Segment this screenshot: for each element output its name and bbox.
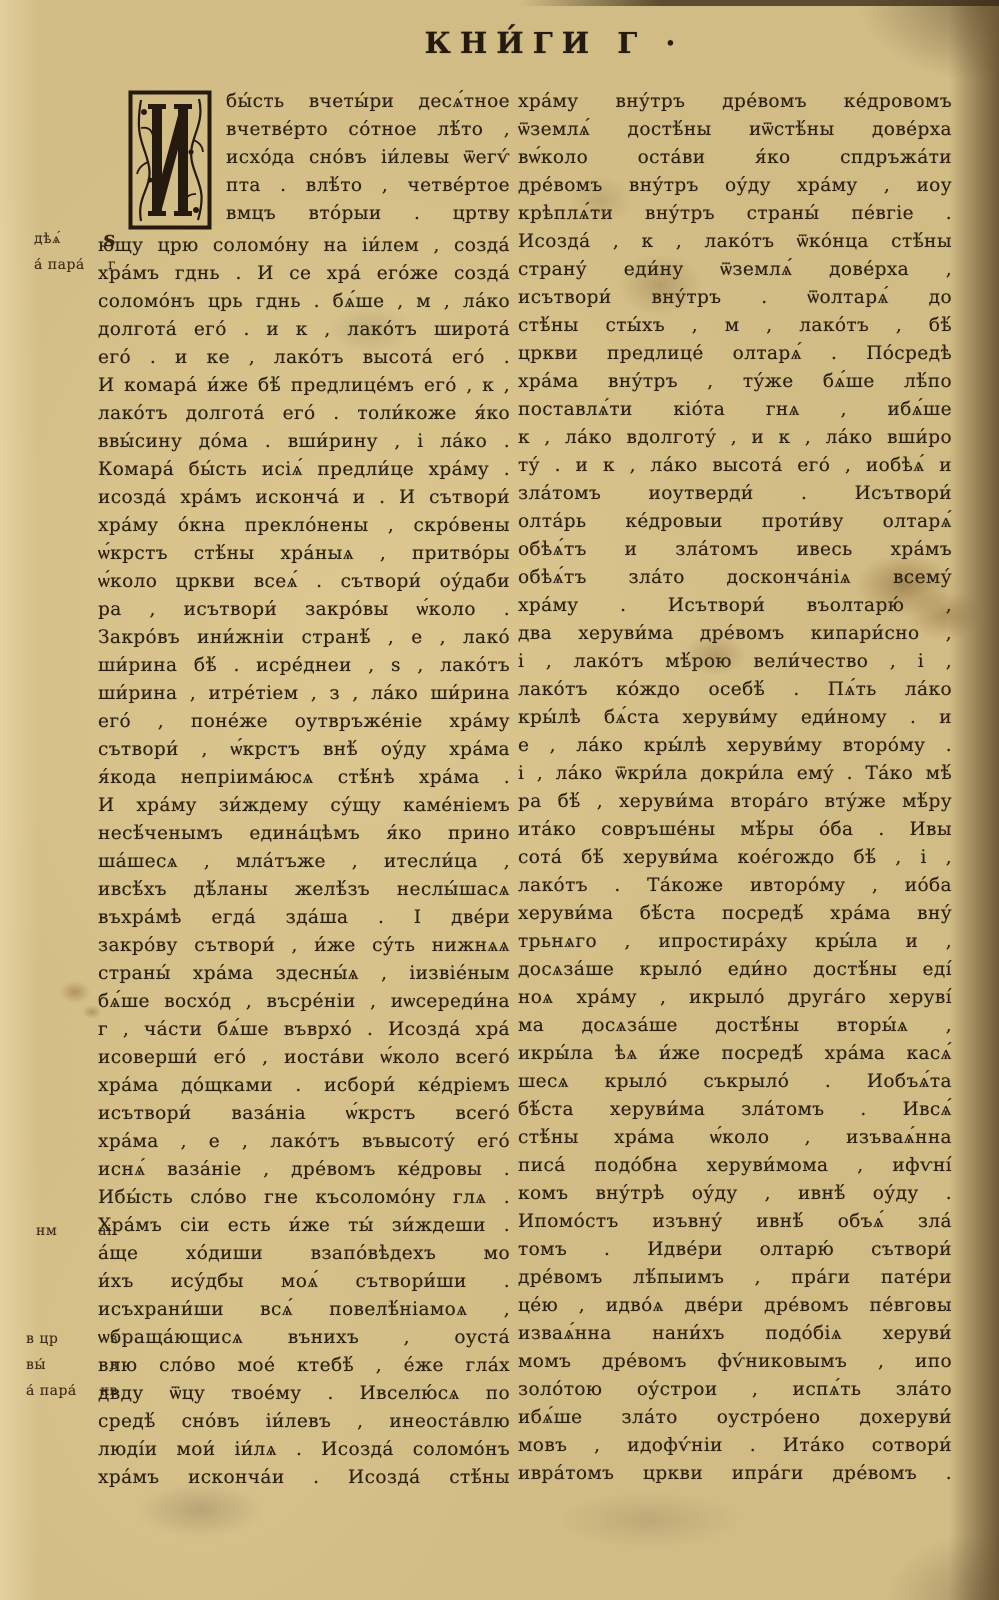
text-line: мовъ , идофѵ́ніи . Ита́ко сотвори́ bbox=[518, 1432, 952, 1460]
text-line: хра́му вну́тръ дре́вомъ ке́дровомъ bbox=[518, 88, 952, 116]
text-line: я́кода непріима́юсѧ стѣ́нѣ хра́ма . bbox=[98, 764, 510, 792]
text-line: ша́шесѧ , мла́тъже , итесли́ца , bbox=[98, 848, 510, 876]
margin-note-text: вы́ bbox=[26, 1352, 46, 1378]
text-line: лако́тъ долгота́ его́ . толи́коже я́ко bbox=[98, 400, 510, 428]
text-line: пта . влѣ́то , четве́ртое bbox=[226, 172, 510, 200]
text-line: досѧза́ше крыло́ еди́но достѣ́ны еді́ bbox=[518, 956, 952, 984]
running-title: КНИ́ГИ Г · bbox=[0, 26, 999, 60]
text-line: шесѧ крыло́ съкрыло́ . Иобъѧ́та bbox=[518, 1068, 952, 1096]
text-line: люді́и мои́ іи́лѧ . Исозда́ соломо́нъ bbox=[98, 1436, 510, 1464]
text-line: ши́рина , итре́тіем , з , ла́ко ши́рина bbox=[98, 680, 510, 708]
text-line: поставлѧ́ти кіо́та гнѧ , ибѧ́ше bbox=[518, 396, 952, 424]
text-line: страны́ хра́ма здесны́ѧ , іизвіе́ным bbox=[98, 960, 510, 988]
text-line: обѣѧ́тъ зла́то досконча́ніѧ всему́ bbox=[518, 564, 952, 592]
text-line: вчетве́рто со́тное лѣ́то , bbox=[226, 116, 510, 144]
text-line: страну́ еди́ну ѿземлѧ́ дове́рха , bbox=[518, 256, 952, 284]
text-line: хра́ма до́щками . исбори́ ке́дріемъ bbox=[98, 1072, 510, 1100]
text-line: ивра́томъ цркви ипра́ги дре́вомъ . bbox=[518, 1460, 952, 1488]
margin-reference: а́ пара́ bbox=[34, 252, 85, 278]
margin-note-text: а́ пара́ bbox=[26, 1378, 77, 1404]
text-line: ши́рина бѣ́ . исре́днеи , ѕ , лако́тъ bbox=[98, 652, 510, 680]
text-line: ита́ко совръше́ны мѣ́ры о́ба . Ивы bbox=[518, 816, 952, 844]
text-line: крѣплѧ́ти вну́тръ страны́ пе́вгіе . bbox=[518, 200, 952, 228]
text-line: писа́ подо́бна херуви́мома , ифѵні́ bbox=[518, 1152, 952, 1180]
text-line: ма досѧза́ше достѣ́ны вторы́ѧ , bbox=[518, 1012, 952, 1040]
text-line: соломо́нъ црь гднь . бѧ́ше , м , ла́ко bbox=[98, 288, 510, 316]
text-line: хра́му о́кна прекло́нены , скро́вены bbox=[98, 512, 510, 540]
text-line: Закро́въ ини́жніи странѣ́ , е , лако́ bbox=[98, 624, 510, 652]
text-line: бѧ́ше восхо́д , въсре́ніи , иѡсереди́на bbox=[98, 988, 510, 1016]
text-line: два херуви́ма дре́вомъ кипари́сно , bbox=[518, 620, 952, 648]
text-line: сота́ бѣ́ херуви́ма кое́гождо бѣ́ , і , bbox=[518, 844, 952, 872]
text-line: ввы́сину до́ма . вши́рину , і ла́ко . bbox=[98, 428, 510, 456]
text-line: ибѧ́ше зла́то оустро́ено дохеруви́ bbox=[518, 1404, 952, 1432]
text-line: цркви предлице́ олтарѧ́ . По́средѣ bbox=[518, 340, 952, 368]
text-column-right: хра́му вну́тръ дре́вомъ ке́дровомъѿземлѧ… bbox=[518, 88, 952, 1488]
book-page: КНИ́ГИ Г · дѣѧ́ ѕ а́ пара́ г нма́і в црз… bbox=[0, 0, 999, 1600]
text-column-left: бы́сть вчеты́ри десѧ́тноевчетве́рто со́т… bbox=[98, 88, 510, 1492]
body-lines: ю́щу црю соломо́ну на іи́лем , созда́хра… bbox=[98, 232, 510, 1492]
text-line: исозда́ хра́мъ исконча́ и . И сътвори́ bbox=[98, 484, 510, 512]
margin-note-text: в цр bbox=[26, 1326, 58, 1352]
text-line: И комара́ и́же бѣ́ предлице́мъ его́ , к … bbox=[98, 372, 510, 400]
text-line: долгота́ его́ . и к , лако́тъ широта́ bbox=[98, 316, 510, 344]
text-line: двду ѿцу твое́му . Ивселю́сѧ по bbox=[98, 1380, 510, 1408]
text-line: хра́мъ гднь . И се хра́ его́же созда́ bbox=[98, 260, 510, 288]
text-line: ѡ́крстъ стѣ́ны хра́ныѧ , притво́ры bbox=[98, 540, 510, 568]
text-line: золо́тою оу́строи , испѧ́ть зла́то bbox=[518, 1376, 952, 1404]
text-line: ноѧ хра́му , икрыло́ друга́го херуві́ bbox=[518, 984, 952, 1012]
text-line: херуви́ма бѣ́ста посредѣ́ хра́ма вну́ bbox=[518, 900, 952, 928]
text-line: Хра́мъ сіи есть и́же ты́ зи́ждеши . bbox=[98, 1212, 510, 1240]
text-line: икры́ла ѣѧ и́же посредѣ́ хра́ма касѧ́ bbox=[518, 1040, 952, 1068]
text-line: це́ю , идво́ѧ две́ри дре́вомъ пе́вговы bbox=[518, 1292, 952, 1320]
text-line: дре́вомъ лѣ́пыимъ , пра́ги пате́ри bbox=[518, 1264, 952, 1292]
text-line: хра́мъ исконча́и . Исозда́ стѣ́ны bbox=[98, 1464, 510, 1492]
text-line: к , ла́ко вдолготу́ , и к , ла́ко вши́ро bbox=[518, 424, 952, 452]
page-edge-top bbox=[0, 0, 999, 6]
text-line: хра́ма вну́тръ , ту́же бѧ́ше лѣ́по bbox=[518, 368, 952, 396]
text-line: Ипомо́стъ изъвну́ ивнѣ́ объѧ́ зла́ bbox=[518, 1208, 952, 1236]
page-edge-right bbox=[949, 0, 999, 1600]
text-line: влю сло́во мое́ ктебѣ́ , е́же гла́х bbox=[98, 1352, 510, 1380]
text-line: исътвори́ вну́тръ . ѿолтарѧ́ до bbox=[518, 284, 952, 312]
text-line: несѣ́ченымъ едина́цѣмъ я́ко прино bbox=[98, 820, 510, 848]
text-line: кры́лѣ бѧ́ста херуви́му еди́ному . и bbox=[518, 704, 952, 732]
text-line: его́ . и ке , лако́тъ высота́ его́ . bbox=[98, 344, 510, 372]
text-line: трьнѧго , ипростира́ху кры́ла и , bbox=[518, 928, 952, 956]
text-line: ѡ́коло цркви всеѧ́ . сътвори́ оу́даби bbox=[98, 568, 510, 596]
text-line: е , ла́ко кры́лѣ херуви́му второ́му . bbox=[518, 732, 952, 760]
text-line: ѿземлѧ́ достѣ́ны иѿстѣ́ны дове́рха bbox=[518, 116, 952, 144]
text-line: и́хъ ису́дбы моѧ́ сътвори́ши . bbox=[98, 1268, 510, 1296]
text-line: ра бѣ́ , херуви́ма втора́го вту́же мѣ́ру bbox=[518, 788, 952, 816]
text-line: Комара́ бы́сть исіѧ́ предли́це хра́му . bbox=[98, 456, 510, 484]
text-line: исъхрани́ши всѧ́ повелѣ́ніамоѧ , bbox=[98, 1296, 510, 1324]
text-line: ю́щу црю соломо́ну на іи́лем , созда́ bbox=[98, 232, 510, 260]
text-line: комъ вну́трѣ оу́ду , ивнѣ́ оу́ду . bbox=[518, 1180, 952, 1208]
text-line: бѣ́ста херуви́ма зла́томъ . Ивсѧ́ bbox=[518, 1096, 952, 1124]
text-line: средѣ́ сно́въ іи́левъ , инеоста́влю bbox=[98, 1408, 510, 1436]
text-line: закро́ву сътвори́ , и́же су́ть нижнѧѧ bbox=[98, 932, 510, 960]
margin-note-text: нм bbox=[36, 1218, 57, 1244]
text-line: ра , исътвори́ закро́вы ѡ́коло . bbox=[98, 596, 510, 624]
text-line: иснѧ́ ваза́ніе , дре́вомъ ке́дровы . bbox=[98, 1156, 510, 1184]
text-line: олта́рь ке́дровыи проти́ву олтарѧ́ bbox=[518, 508, 952, 536]
text-line: ѡбраща́ющисѧ вънихъ , оуста́ bbox=[98, 1324, 510, 1352]
text-line: исоверши́ его́ , иоста́ви ѡ́коло всего́ bbox=[98, 1044, 510, 1072]
text-line: а́ще хо́диши взапо́вѣдехъ мо bbox=[98, 1240, 510, 1268]
text-line: исхо́да сно́въ іи́левы ѿегѵ́ bbox=[226, 144, 510, 172]
text-line: зла́томъ иоутверди́ . Исътвори́ bbox=[518, 480, 952, 508]
text-line: і , ла́ко ѿкри́ла докри́ла ему́ . Та́ко … bbox=[518, 760, 952, 788]
text-line: вѡ́коло оста́ви я́ко спдръжа́ти bbox=[518, 144, 952, 172]
text-line: лако́тъ ко́ждо осебѣ́ . Пѧ́ть ла́ко bbox=[518, 676, 952, 704]
text-line: момъ дре́вомъ фѵ́никовымъ , ипо bbox=[518, 1348, 952, 1376]
text-line: стѣ́ны сты́хъ , м , лако́тъ , бѣ́ bbox=[518, 312, 952, 340]
text-line: исътвори́ ваза́ніа ѡ́крстъ всего́ bbox=[98, 1100, 510, 1128]
text-line: его́ , поне́же оутвръже́ніе хра́му bbox=[98, 708, 510, 736]
text-line: И хра́му зи́ждему су́щу каме́ніемъ bbox=[98, 792, 510, 820]
text-line: обѣѧ́тъ и зла́томъ ивесь хра́мъ bbox=[518, 536, 952, 564]
text-line: і , лако́тъ мѣ́рою вели́чество , і , bbox=[518, 648, 952, 676]
text-line: лако́тъ . Та́коже ивторо́му , ио́ба bbox=[518, 872, 952, 900]
text-line: томъ . Идве́ри олтарю́ сътвори́ bbox=[518, 1236, 952, 1264]
margin-reference: дѣѧ́ bbox=[34, 226, 61, 252]
ornate-initial-letter-И bbox=[128, 90, 212, 230]
text-line: Ибы́сть сло́во гне късоломо́ну глѧ . bbox=[98, 1184, 510, 1212]
text-line: Исозда́ , к , лако́тъ ѿко́нца стѣ́ны bbox=[518, 228, 952, 256]
text-line: хра́ма , е , лако́тъ въвысоту́ его́ bbox=[98, 1128, 510, 1156]
text-line: стѣ́ны хра́ма ѡ́коло , изъваѧ́нна bbox=[518, 1124, 952, 1152]
text-line: сътвори́ , ѡ́крстъ внѣ́ оу́ду хра́ма bbox=[98, 736, 510, 764]
text-line: хра́му . Исътвори́ въолтарю́ , bbox=[518, 592, 952, 620]
text-line: ивсѣ́хъ дѣ́ланы желѣ́зъ неслы́шасѧ bbox=[98, 876, 510, 904]
text-line: дре́вомъ вну́тръ оу́ду хра́му , иоу bbox=[518, 172, 952, 200]
text-line: изваѧ́нна нани́хъ подо́біѧ херуви́ bbox=[518, 1320, 952, 1348]
text-line: вмцъ вто́рыи . цртву bbox=[226, 200, 510, 228]
text-line: ту́ . и к , ла́ко высота́ его́ , иобѣѧ́ … bbox=[518, 452, 952, 480]
text-line: въхра́мѣ егда́ зда́ша . І две́ри bbox=[98, 904, 510, 932]
text-line: бы́сть вчеты́ри десѧ́тное bbox=[226, 88, 510, 116]
text-line: г , ча́сти бѧ́ше въврхо́ . Исозда́ хра́ bbox=[98, 1016, 510, 1044]
